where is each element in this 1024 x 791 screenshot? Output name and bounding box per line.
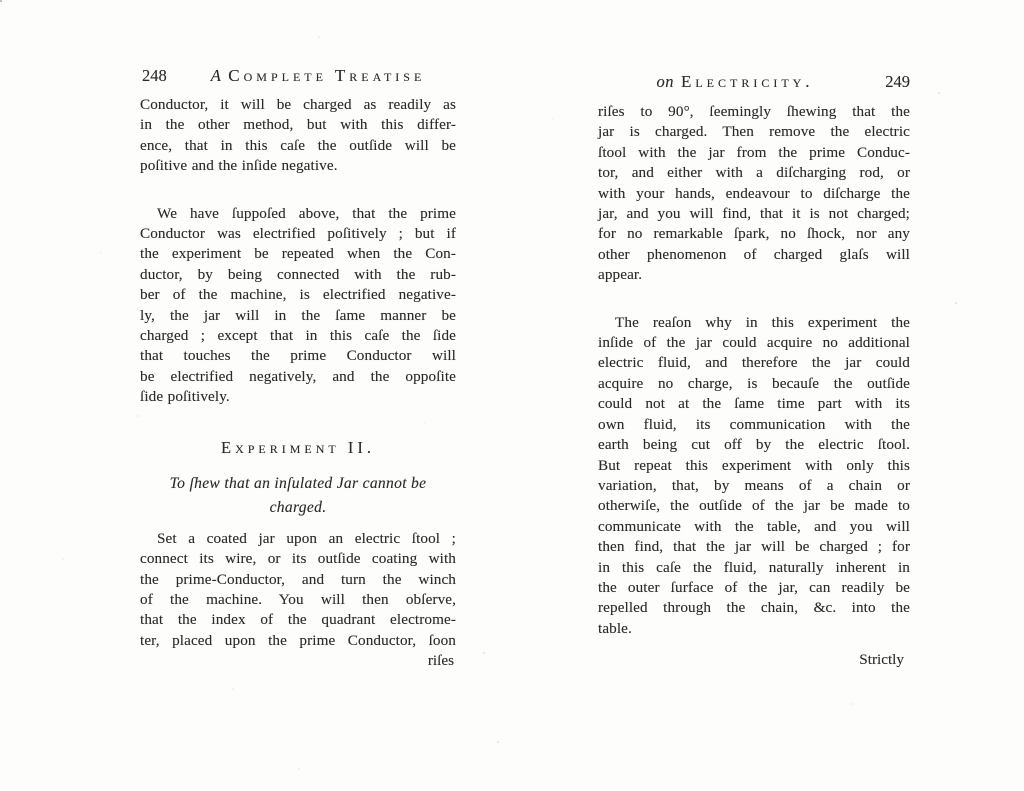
text-line: jar, and you will find, that it is not c… [598,204,910,224]
text-line: of the machine. You will then obſerve, [140,590,456,610]
text-line: connect its wire, or its outſide coating… [140,549,456,569]
text-line: the experiment be repeated when the Con- [140,244,456,264]
text-line: in the other method, but with this diffe… [140,115,456,135]
text-line: ſide poſitively. [140,387,456,407]
paragraph-rises-to-90: riſes to 90°, ſeemingly ſhewing that the… [598,102,910,286]
experiment-subtitle: To ſhew that an inſulated Jar cannot bec… [140,472,456,520]
text-line: repelled through the chain, &c. into the [598,598,910,618]
running-title-text: Complete Treatise [228,66,425,85]
text-line: appear. [598,265,910,285]
text-line: variation, that, by means of a chain or [598,476,910,496]
running-title-preposition: on [656,72,674,91]
running-header-left: 248 AComplete Treatise [140,66,456,86]
text-line: charged. [140,496,456,520]
running-title-right: onElectricity. [582,72,888,92]
running-header-right: onElectricity. 249 [598,72,910,92]
text-line: communicate with the table, and you will [598,517,910,537]
paragraph-set-coated-jar: Set a coated jar upon an electric ſtool … [140,529,456,651]
text-line: riſes to 90°, ſeemingly ſhewing that the [598,102,910,122]
text-line: We have ſuppoſed above, that the prime [140,204,456,224]
text-line: Conductor, it will be charged as readily… [140,95,456,115]
paragraph-continuation: Conductor, it will be charged as readily… [140,95,456,177]
text-line: ductor, by being connected with the rub- [140,265,456,285]
text-line: jar is charged. Then remove the electric [598,122,910,142]
text-line: ſtool with the jar from the prime Conduc… [598,143,910,163]
experiment-heading: Experiment II. [140,438,456,458]
text-line: own fluid, its communication with the [598,415,910,435]
text-line: Set a coated jar upon an electric ſtool … [140,529,456,549]
text-line: in this caſe the fluid, naturally inhere… [598,558,910,578]
text-line: with your hands, endeavour to diſcharge … [598,184,910,204]
text-line: acquire no charge, is becauſe the outſid… [598,374,910,394]
page-left-248: 248 AComplete Treatise Conductor, it wil… [140,66,456,671]
text-line: the outer ſurface of the jar, can readil… [598,578,910,598]
text-line: be electrified negatively, and the oppoſ… [140,367,456,387]
paragraph-supposed-above: We have ſuppoſed above, that the primeCo… [140,204,456,408]
page-right-249: onElectricity. 249 riſes to 90°, ſeeming… [598,72,910,670]
text-line: inſide of the jar could acquire no addit… [598,333,910,353]
text-line: electric fluid, and therefore the jar co… [598,353,910,373]
text-line: The reaſon why in this experiment the [598,313,910,333]
text-line: ber of the machine, is electrified negat… [140,285,456,305]
running-title-text: Electricity. [681,72,814,91]
text-line: then find, that the jar will be charged … [598,537,910,557]
book-scan: 248 AComplete Treatise Conductor, it wil… [0,0,1024,791]
catchword-right: Strictly [598,650,910,670]
text-line: Conductor was electrified poſitively ; b… [140,224,456,244]
catchword-left: riſes [140,651,456,671]
text-line: that touches the prime Conductor will [140,346,456,366]
running-title-left: AComplete Treatise [174,66,462,86]
page-number-right: 249 [885,72,910,92]
text-line: To ſhew that an inſulated Jar cannot be [140,472,456,496]
running-title-article: A [211,66,222,85]
paragraph-reason-why: The reaſon why in this experiment theinſ… [598,313,910,640]
page-number-left: 248 [142,66,167,86]
text-line: ter, placed upon the prime Conductor, ſo… [140,631,456,651]
text-line: But repeat this experiment with only thi… [598,456,910,476]
scan-noise [0,0,2,2]
text-line: could not at the ſame time part with its [598,394,910,414]
text-line: tor, and either with a diſcharging rod, … [598,163,910,183]
text-line: otherwiſe, the outſide of the jar be mad… [598,496,910,516]
text-line: poſitive and the inſide negative. [140,156,456,176]
text-line: the prime-Conductor, and turn the winch [140,570,456,590]
text-line: ence, that in this caſe the outſide will… [140,136,456,156]
text-line: charged ; except that in this caſe the ſ… [140,326,456,346]
text-line: earth being cut off by the electric ſtoo… [598,435,910,455]
text-line: ly, the jar will in the ſame manner be [140,306,456,326]
text-line: other phenomenon of charged glaſs will [598,245,910,265]
text-line: for no remarkable ſpark, no ſhock, nor a… [598,224,910,244]
text-line: table. [598,619,910,639]
text-line: that the index of the quadrant electrome… [140,610,456,630]
